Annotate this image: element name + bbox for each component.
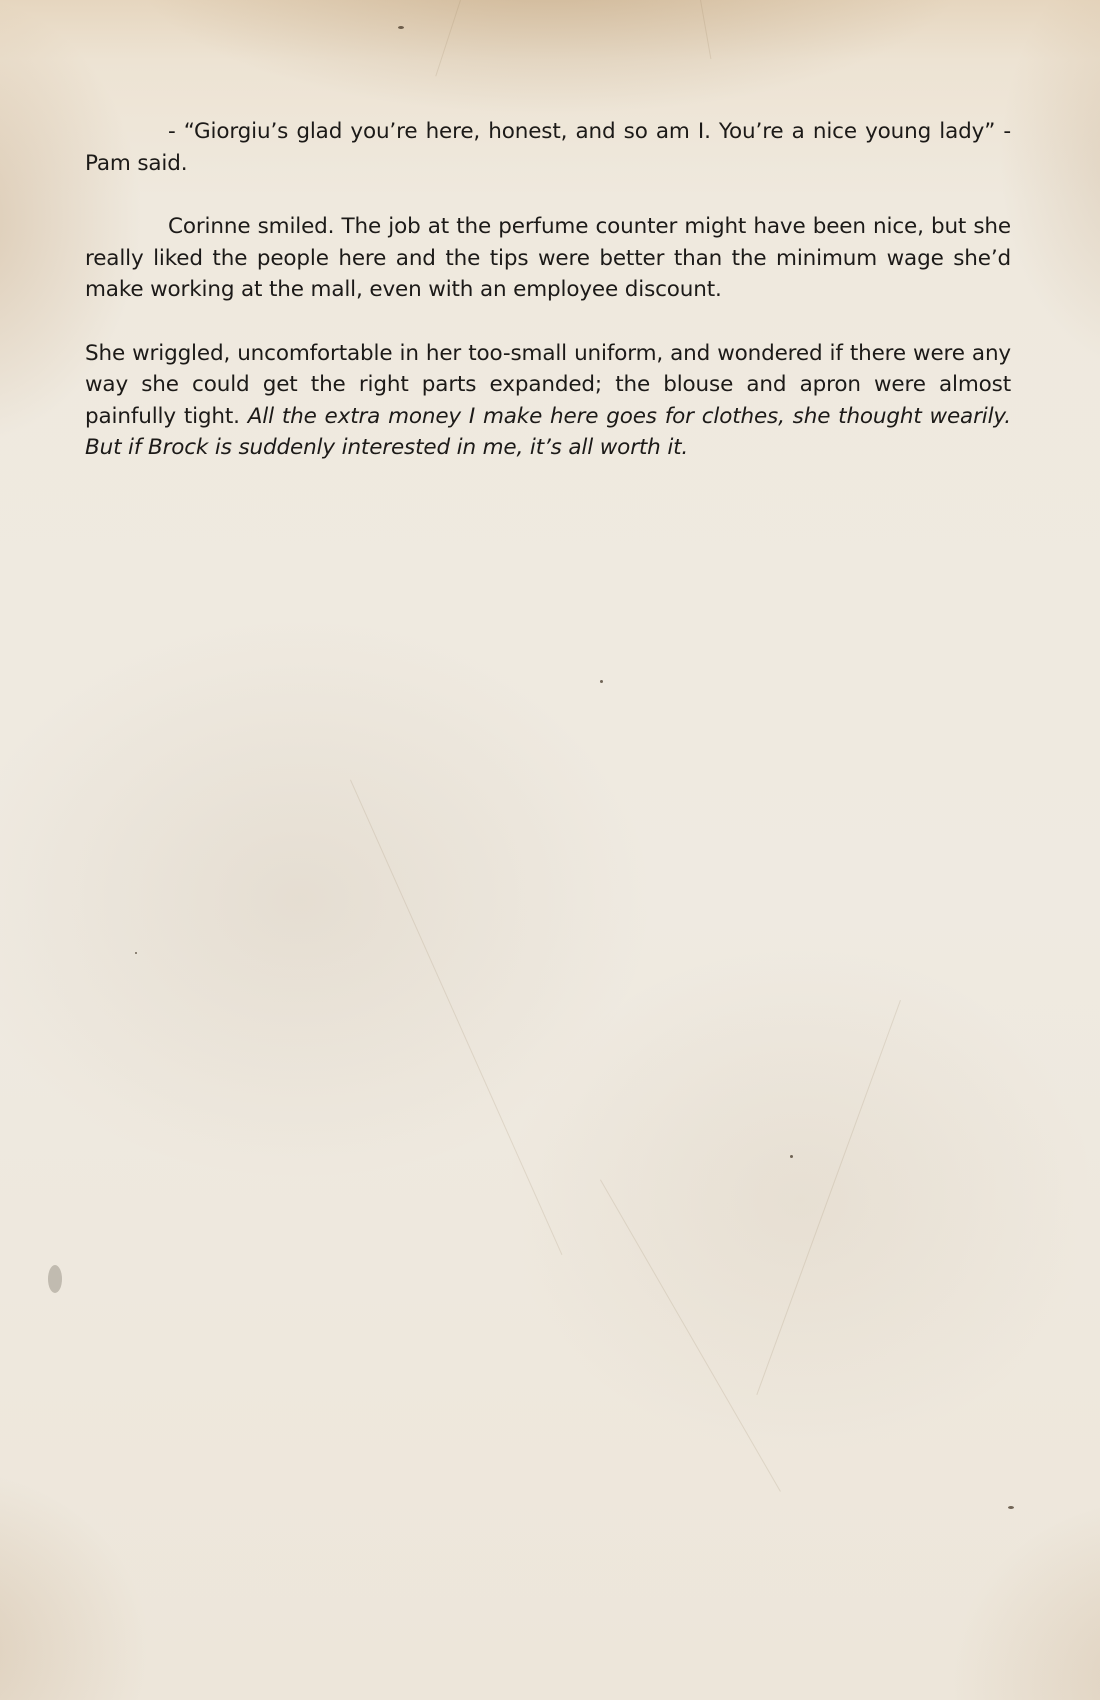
paper-crease — [350, 780, 562, 1255]
paper-crease — [756, 1000, 901, 1395]
paper-crease — [600, 1180, 781, 1492]
paper-speck — [600, 680, 603, 683]
paper-crease — [700, 0, 711, 59]
paper-speck — [398, 26, 404, 29]
paper-speck — [135, 952, 137, 954]
paper-smudge — [48, 1265, 62, 1293]
paragraph-uniform: She wriggled, uncomfortable in her too-s… — [85, 338, 1011, 464]
paper-speck — [790, 1155, 793, 1158]
paper-crease — [435, 0, 461, 76]
document-page: - “Giorgiu’s glad you’re here, honest, a… — [85, 116, 1011, 496]
paragraph-dialogue: - “Giorgiu’s glad you’re here, honest, a… — [85, 116, 1011, 179]
paragraph-corinne-smiled: Corinne smiled. The job at the perfume c… — [85, 211, 1011, 306]
paper-speck — [1008, 1506, 1014, 1509]
